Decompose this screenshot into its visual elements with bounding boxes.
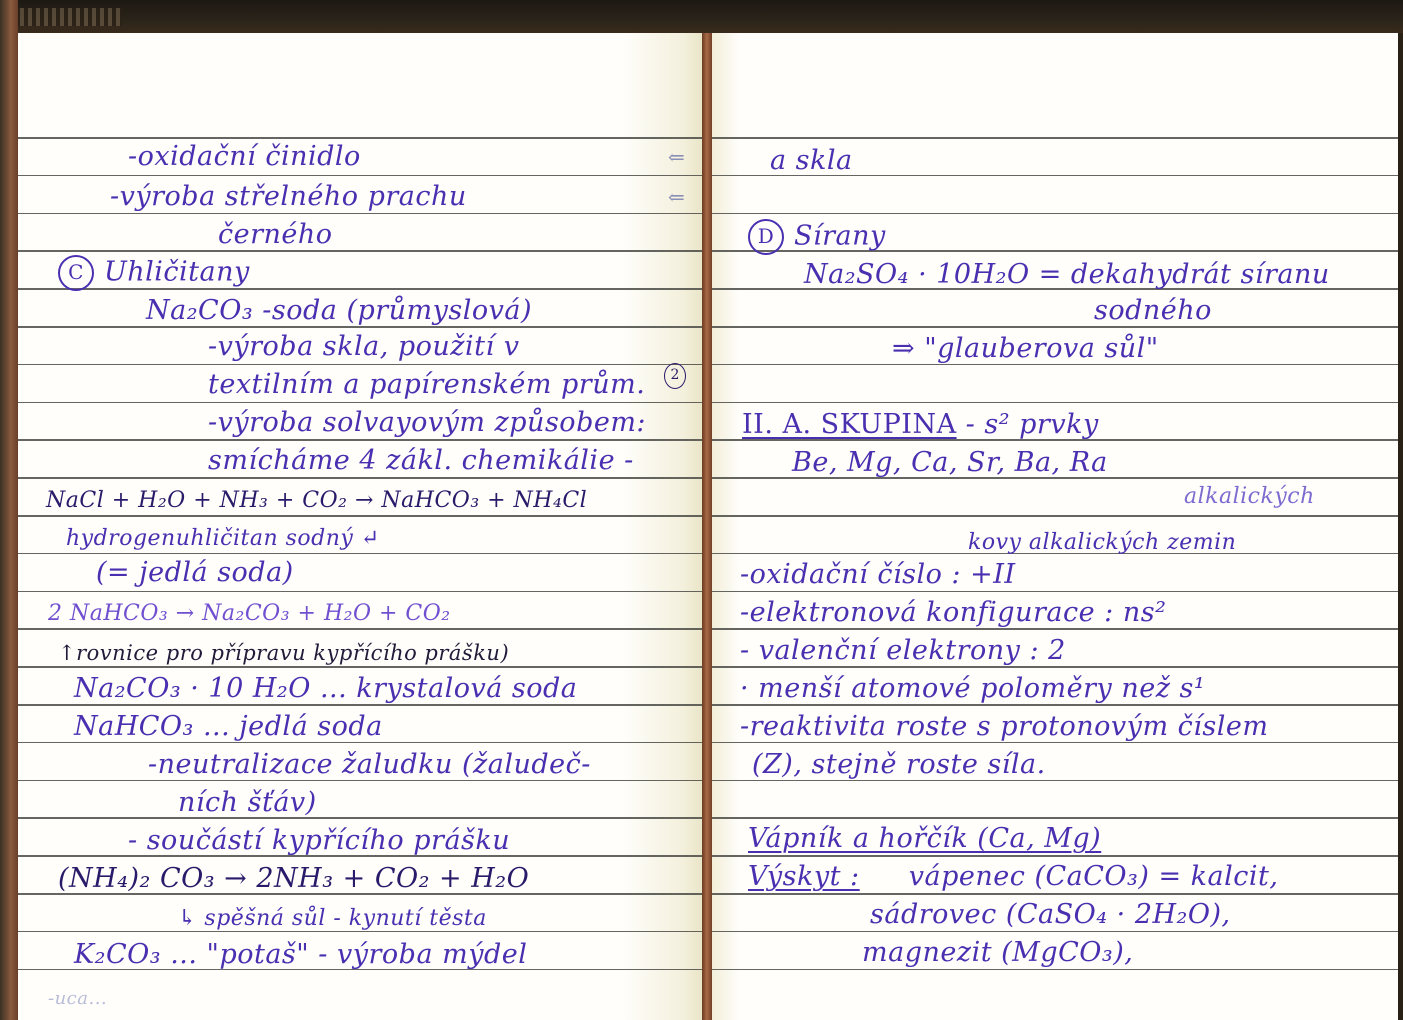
note-line: alkalických — [1184, 481, 1315, 513]
left-arrow-icon: ⇐ — [668, 185, 685, 209]
note-line: Na₂CO₃ · 10 H₂O ... krystalová soda — [74, 673, 577, 705]
note-line: - valenční elektrony : 2 — [740, 635, 1066, 667]
note-line: K₂CO₃ ... "potaš" - výroba mýdel — [74, 939, 527, 971]
note-text: vápenec (CaCO₃) = kalcit, — [909, 861, 1279, 892]
ruling-line — [18, 175, 704, 177]
note-line: - součástí kypřícího prášku — [128, 825, 510, 857]
note-line: Výskyt : vápenec (CaCO₃) = kalcit, — [748, 861, 1278, 893]
note-text: -výroba solvayovým způsobem: — [208, 407, 646, 438]
notebook-top-edge — [0, 0, 1403, 34]
right-page: a skla DSírany Na₂SO₄ · 10H₂O = dekahydr… — [712, 33, 1398, 1020]
note-line: (= jedlá soda) — [96, 557, 294, 589]
equation-line: NaCl + H₂O + NH₃ + CO₂ → NaHCO₃ + NH₄Cl — [46, 485, 587, 517]
ruling-line — [18, 402, 704, 404]
ruling-line — [712, 893, 1398, 895]
notebook-left-edge — [0, 0, 18, 1020]
note-line: sádrovec (CaSO₄ · 2H₂O), — [870, 899, 1231, 931]
note-line: ⇒ "glauberova sůl" — [892, 333, 1159, 365]
spiral-binding — [4, 8, 122, 26]
section-heading: CUhličitany — [58, 255, 250, 291]
note-line: -výroba solvayovým způsobem: — [208, 407, 646, 439]
note-line: Na₂CO₃ -soda (průmyslová) — [146, 295, 532, 327]
heading-text: Sírany — [794, 221, 886, 252]
note-line: kovy alkalických zemin — [968, 527, 1236, 559]
note-line: textilním a papírenském prům. — [208, 369, 645, 401]
note-line: (Z), stejně roste síla. — [752, 749, 1046, 781]
note-line: -neutralizace žaludku (žaludeč- — [148, 749, 591, 781]
ruling-line — [18, 364, 704, 366]
bleed-through-text: -uca... — [48, 983, 107, 1015]
ruling-line — [18, 137, 704, 139]
notebook-right-edge — [1398, 33, 1403, 1020]
ruling-line — [712, 515, 1398, 517]
ruling-line — [18, 591, 704, 593]
subsection-heading: Vápník a hořčík (Ca, Mg) — [748, 823, 1101, 855]
left-page: -oxidační činidlo -výroba střelného prac… — [18, 33, 704, 1020]
ruling-line — [712, 855, 1398, 857]
section-marker-d: D — [748, 219, 784, 255]
equation-line: Na₂SO₄ · 10H₂O = dekahydrát síranu — [804, 259, 1330, 291]
note-line: -oxidační činidlo — [128, 141, 361, 173]
ruling-line — [712, 326, 1398, 328]
ruling-line — [18, 817, 704, 819]
note-line: a skla — [770, 145, 853, 177]
note-line: -výroba skla, použití v — [208, 331, 519, 363]
note-line: -oxidační číslo : +II — [740, 559, 1016, 591]
ruling-line — [712, 213, 1398, 215]
note-line: -elektronová konfigurace : ns² — [740, 597, 1166, 629]
note-line: -výroba střelného prachu — [110, 181, 467, 213]
ruling-line — [712, 931, 1398, 933]
ruling-line — [712, 817, 1398, 819]
note-line: ↑rovnice pro přípravu kypřícího prášku) — [58, 637, 509, 669]
equation-line: (NH₄)₂ CO₃ → 2NH₃ + CO₂ + H₂O — [58, 863, 529, 895]
ruling-line — [712, 402, 1398, 404]
note-line: sodného — [1094, 295, 1212, 327]
left-arrow-icon: ⇐ — [668, 145, 685, 169]
heading-suffix: - s² prvky — [966, 409, 1099, 440]
ruling-line — [18, 477, 704, 479]
ruling-line — [18, 439, 704, 441]
note-line: NaHCO₃ ... jedlá soda — [74, 711, 383, 743]
ruling-line — [712, 137, 1398, 139]
note-line: hydrogenuhličitan sodný ↵ — [66, 523, 380, 555]
section-heading: DSírany — [748, 219, 886, 255]
equation-line: 2 NaHCO₃ → Na₂CO₃ + H₂O + CO₂ — [48, 598, 451, 630]
margin-note-circle: 2 — [664, 363, 686, 389]
note-line: ních šťáv) — [178, 787, 317, 819]
heading-text: Uhličitany — [104, 257, 250, 288]
group-heading: II. A. SKUPINA - s² prvky — [742, 409, 1099, 441]
note-line: ↳ spěšná sůl - kynutí těsta — [178, 903, 487, 935]
note-line: černého — [218, 219, 333, 251]
note-line: · menší atomové poloměry než s¹ — [740, 673, 1205, 705]
note-line: -reaktivita roste s protonovým číslem — [740, 711, 1268, 743]
note-line: magnezit (MgCO₃), — [862, 937, 1133, 969]
section-marker-c: C — [58, 255, 94, 291]
note-line: smícháme 4 zákl. chemikálie - — [208, 445, 634, 477]
label-text: Výskyt : — [748, 861, 860, 892]
heading-text: II. A. SKUPINA — [742, 409, 957, 440]
ruling-line — [18, 250, 704, 252]
elements-list: Be, Mg, Ca, Sr, Ba, Ra — [792, 447, 1108, 479]
